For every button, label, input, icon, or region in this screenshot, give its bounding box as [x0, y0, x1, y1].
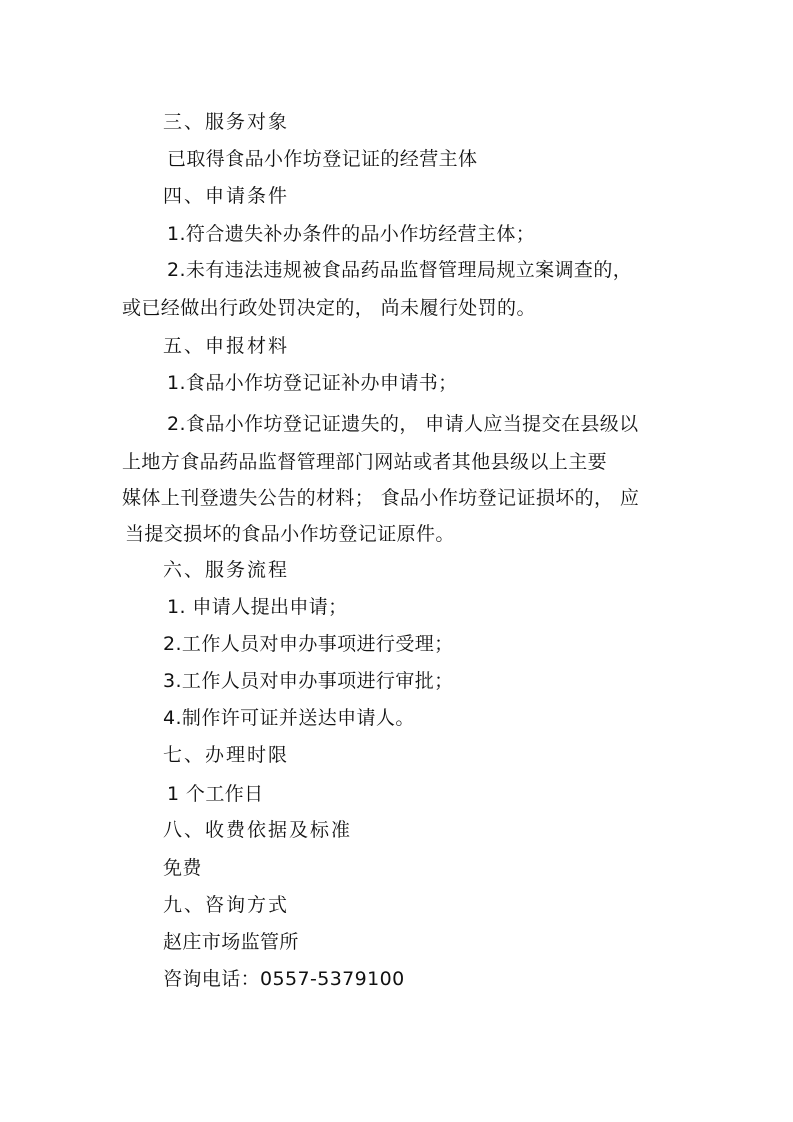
condition-item-2: 2.未有违法违规被食品药品监督管理局规立案调查的， [167, 258, 632, 282]
process-step-2: 2.工作人员对申办事项进行受理； [163, 632, 454, 656]
material-item-2-line-4: 当提交损坏的食品小作坊登记证原件。 [125, 522, 455, 546]
material-item-2-line-3: 媒体上刊登遗失公告的材料； 食品小作坊登记证损坏的， 应 [122, 486, 639, 510]
material-item-2-line-2: 上地方食品药品监督管理部门网站或者其他县级以上主要 [122, 450, 607, 474]
material-item-1: 1.食品小作坊登记证补办申请书； [167, 371, 458, 395]
process-step-1: 1. 申请人提出申请； [167, 595, 348, 619]
material-item-2: 2.食品小作坊登记证遗失的， 申请人应当提交在县级以 [167, 412, 639, 436]
contact-phone: 咨询电话：0557-5379100 [163, 967, 405, 991]
document-page: 三、服务对象 已取得食品小作坊登记证的经营主体 四、申请条件 1.符合遗失补办条… [0, 0, 793, 1122]
section-heading-service-target: 三、服务对象 [163, 110, 289, 134]
section-heading-materials: 五、申报材料 [163, 334, 289, 358]
section-heading-time-limit: 七、办理时限 [163, 743, 289, 767]
process-step-3: 3.工作人员对申办事项进行审批； [163, 669, 454, 693]
service-target-text: 已取得食品小作坊登记证的经营主体 [167, 147, 477, 171]
condition-item-2-continuation: 或已经做出行政处罚决定的， 尚未履行处罚的。 [122, 296, 536, 320]
condition-item-1: 1.符合遗失补办条件的品小作坊经营主体； [167, 222, 535, 246]
section-heading-fees: 八、收费依据及标准 [163, 818, 352, 842]
section-heading-contact: 九、咨询方式 [163, 893, 289, 917]
section-heading-process: 六、服务流程 [163, 558, 289, 582]
section-heading-conditions: 四、申请条件 [163, 184, 289, 208]
fees-value: 免费 [163, 856, 202, 880]
time-limit-value: 1 个工作日 [167, 782, 264, 806]
contact-office: 赵庄市场监管所 [163, 930, 299, 954]
process-step-4: 4.制作许可证并送达申请人。 [163, 706, 415, 730]
